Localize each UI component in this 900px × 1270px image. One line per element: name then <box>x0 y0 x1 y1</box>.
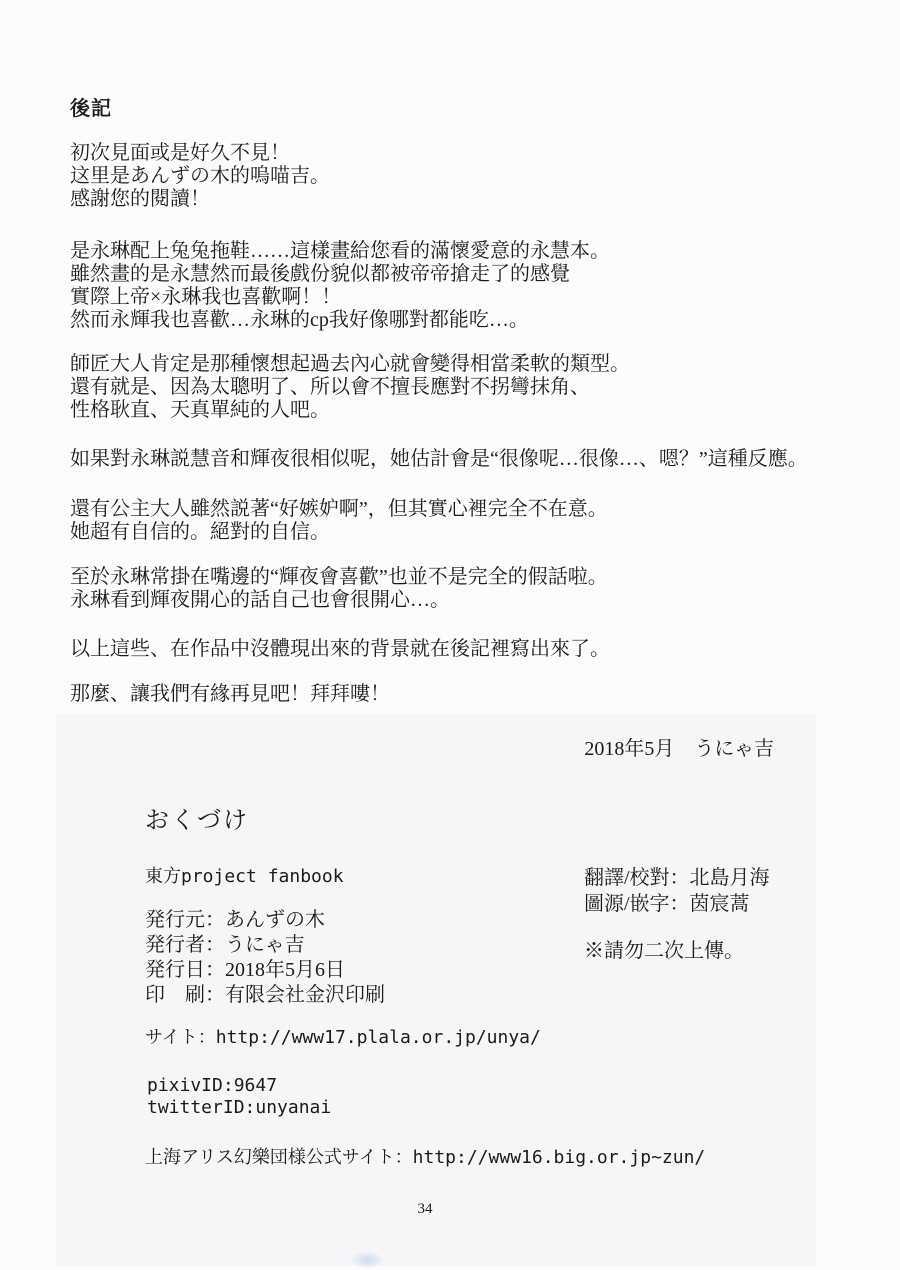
afterword-line: 還有就是、因為太聰明了、所以會不擅長應對不拐彎抹角、 <box>70 376 630 399</box>
afterword-paragraph: 至於永琳常掛在嘴邊的“輝夜會喜歡”也並不是完全的假話啦。 永琳看到輝夜開心的話自… <box>70 566 608 612</box>
scan-smudge <box>350 1251 384 1269</box>
afterword-paragraph: 是永琳配上兔兔拖鞋……這樣畫給您看的滿懷愛意的永慧本。 雖然畫的是永慧然而最後戲… <box>70 240 610 332</box>
website-line: サイト：http://www17.plala.or.jp/unya/ <box>145 1023 541 1049</box>
afterword-line: 那麼、讓我們有緣再見吧！拜拜嘍！ <box>70 683 390 706</box>
afterword-line: 雖然畫的是永慧然而最後戲份貌似都被帝帝搶走了的感覺 <box>70 263 610 286</box>
afterword-line: 至於永琳常掛在嘴邊的“輝夜會喜歡”也並不是完全的假話啦。 <box>70 566 608 589</box>
book-type-line: 東方project fanbook <box>145 862 344 888</box>
signature-line: 2018年5月 うにゃ吉 <box>584 732 774 761</box>
pixiv-id-line: pixivID:9647 <box>147 1075 277 1096</box>
afterword-line: 還有公主大人雖然説著“好嫉妒啊”，但其實心裡完全不在意。 <box>70 498 608 521</box>
afterword-line: 她超有自信的。絕對的自信。 <box>70 521 608 544</box>
afterword-line: 这里是あんずの木的嗚喵吉。 <box>70 165 330 188</box>
afterword-line: 是永琳配上兔兔拖鞋……這樣畫給您看的滿懷愛意的永慧本。 <box>70 240 610 263</box>
typesetter-credit: 圖源/嵌字：茵宸蒿 <box>584 887 750 916</box>
afterword-line: 性格耿直、天真單純的人吧。 <box>70 399 630 422</box>
afterword-line: 如果對永琳説慧音和輝夜很相似呢，她估計會是“很像呢…很像…、嗯？”這種反應。 <box>70 448 808 471</box>
page-number: 34 <box>405 1201 445 1218</box>
afterword-line: 永琳看到輝夜開心的話自己也會很開心…。 <box>70 589 608 612</box>
afterword-heading: 後記 <box>70 92 112 121</box>
afterword-paragraph: 師匠大人肯定是那種懷想起過去內心就會變得相當柔軟的類型。 還有就是、因為太聰明了… <box>70 353 630 422</box>
afterword-paragraph: 初次見面或是好久不見！ 这里是あんずの木的嗚喵吉。 感謝您的閱讀！ <box>70 142 330 211</box>
afterword-line: 師匠大人肯定是那種懷想起過去內心就會變得相當柔軟的類型。 <box>70 353 630 376</box>
afterword-paragraph: 以上這些、在作品中沒體現出來的背景就在後記裡寫出來了。 <box>70 638 610 661</box>
afterword-line: 感謝您的閱讀！ <box>70 188 330 211</box>
afterword-line: 實際上帝×永琳我也喜歡啊！！ <box>70 286 610 309</box>
afterword-line: 然而永輝我也喜歡…永琳的cp我好像哪對都能吃…。 <box>70 309 610 332</box>
translator-credit: 翻譯/校對：北島月海 <box>584 861 770 890</box>
zun-website-line: 上海アリス幻樂団様公式サイト：http://www16.big.or.jp~zu… <box>145 1143 705 1169</box>
no-reupload-notice: ※請勿二次上傳。 <box>584 934 744 963</box>
colophon-box: 2018年5月 うにゃ吉 おくづけ 東方project fanbook 発行元：… <box>56 714 816 1266</box>
colophon-heading: おくづけ <box>145 800 249 835</box>
afterword-paragraph: 如果對永琳説慧音和輝夜很相似呢，她估計會是“很像呢…很像…、嗯？”這種反應。 <box>70 448 808 471</box>
afterword-line: 初次見面或是好久不見！ <box>70 142 330 165</box>
afterword-paragraph: 那麼、讓我們有緣再見吧！拜拜嘍！ <box>70 683 390 706</box>
afterword-page: 後記 初次見面或是好久不見！ 这里是あんずの木的嗚喵吉。 感謝您的閱讀！ 是永琳… <box>0 0 900 1270</box>
afterword-paragraph: 還有公主大人雖然説著“好嫉妒啊”，但其實心裡完全不在意。 她超有自信的。絕對的自… <box>70 498 608 544</box>
afterword-line: 以上這些、在作品中沒體現出來的背景就在後記裡寫出來了。 <box>70 638 610 661</box>
twitter-id-line: twitterID:unyanai <box>147 1097 331 1118</box>
printer-line: 印 刷：有限会社金沢印刷 <box>145 978 385 1007</box>
